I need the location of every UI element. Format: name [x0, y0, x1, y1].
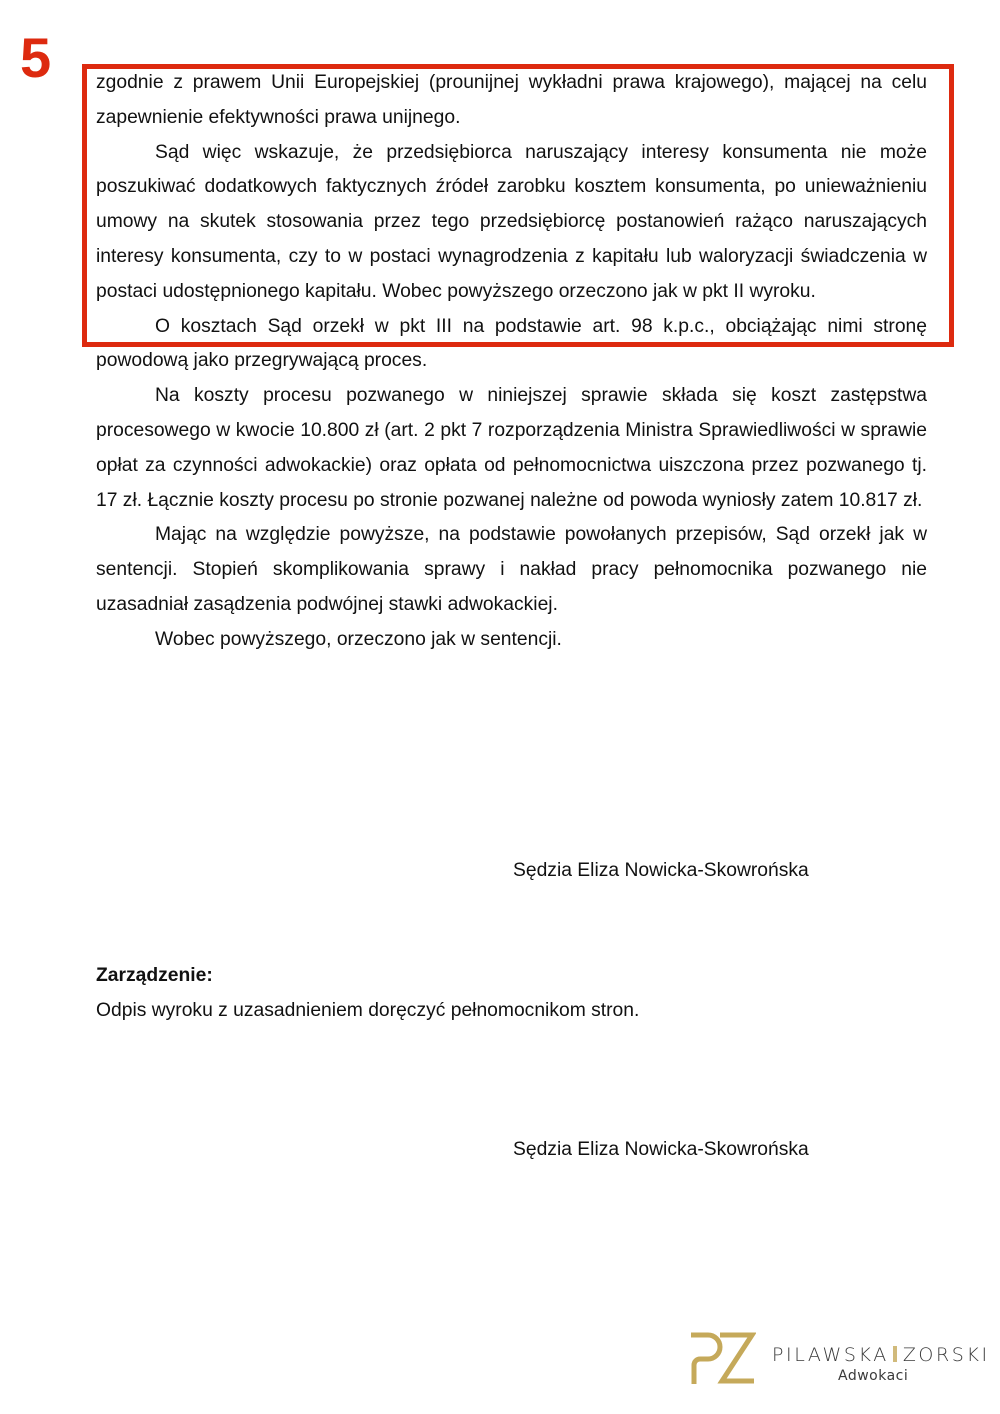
order-section: Zarządzenie: Odpis wyroku z uzasadnienie…: [96, 959, 926, 1029]
paragraph-conclusion: Mając na względzie powyższe, na podstawi…: [96, 518, 927, 622]
firm-name-right: ZORSKI: [903, 1344, 990, 1366]
paragraph-costs-breakdown: Na koszty procesu pozwanego w niniejszej…: [96, 379, 927, 518]
document-page: 5 zgodnie z prawem Unii Europejskiej (pr…: [0, 0, 1000, 1414]
paragraph-costs-ruling: O kosztach Sąd orzekł w pkt III na podst…: [96, 310, 927, 380]
firm-name: PILAWSKAZORSKI: [772, 1344, 990, 1366]
body-text: zgodnie z prawem Unii Europejskiej (prou…: [96, 66, 927, 658]
firm-subtitle: Adwokaci: [838, 1368, 908, 1384]
pz-monogram-icon: [688, 1330, 756, 1386]
firm-name-left: PILAWSKA: [772, 1344, 889, 1366]
dotted-separator-icon: [893, 1346, 897, 1362]
order-heading: Zarządzenie:: [96, 959, 926, 994]
paragraph-eu-law: zgodnie z prawem Unii Europejskiej (prou…: [96, 66, 927, 136]
paragraph-court-reasoning: Sąd więc wskazuje, że przedsiębiorca nar…: [96, 136, 927, 310]
paragraph-final-ruling: Wobec powyższego, orzeczono jak w senten…: [96, 623, 927, 658]
judge-signature-2: Sędzia Eliza Nowicka-Skowrońska: [513, 1133, 933, 1167]
order-text: Odpis wyroku z uzasadnieniem doręczyć pe…: [96, 994, 926, 1029]
law-firm-logo: PILAWSKAZORSKI Adwokaci: [688, 1330, 988, 1390]
judge-signature-1: Sędzia Eliza Nowicka-Skowrońska: [513, 854, 933, 888]
page-number-label: 5: [20, 26, 51, 90]
